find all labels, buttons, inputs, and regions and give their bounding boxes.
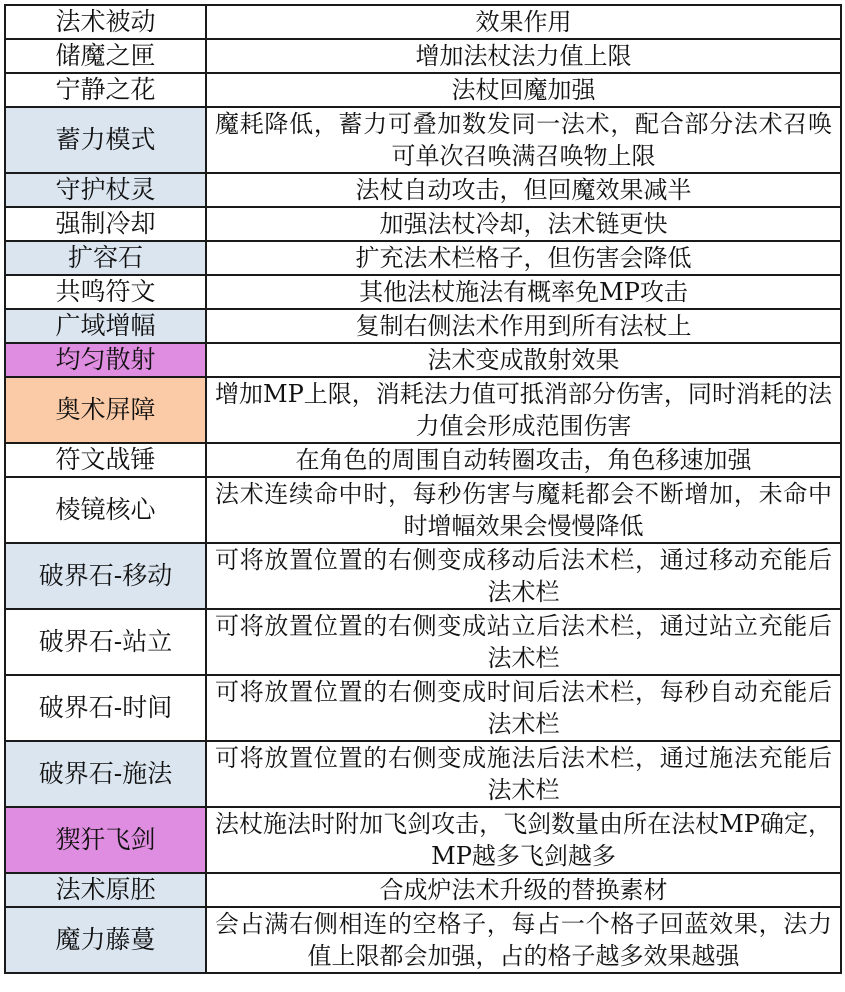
table-row: 强制冷却 加强法杖冷却，法术链更快 [5, 207, 841, 241]
spell-name-cell: 宁静之花 [5, 73, 206, 107]
spell-name-cell: 共鸣符文 [5, 275, 206, 309]
spell-name-cell: 破界石-施法 [5, 741, 206, 807]
table-row: 魔力藤蔓 会占满右侧相连的空格子，每占一个格子回蓝效果，法力值上限都会加强，占的… [5, 907, 841, 973]
spell-effect-cell: 魔耗降低，蓄力可叠加数发同一法术，配合部分法术召唤可单次召唤满召唤物上限 [206, 107, 841, 173]
spell-effect-cell: 法术变成散射效果 [206, 343, 841, 377]
passive-spells-table: 法术被动 效果作用 储魔之匣 增加法杖法力值上限 宁静之花 法杖回魔加强 蓄力模… [4, 4, 842, 974]
spell-name-cell: 破界石-站立 [5, 609, 206, 675]
table-row: 破界石-移动 可将放置位置的右侧变成移动后法术栏，通过移动充能后法术栏 [5, 543, 841, 609]
spell-name-cell: 蓄力模式 [5, 107, 206, 173]
spell-effect-cell: 法杖回魔加强 [206, 73, 841, 107]
table-row: 破界石-施法 可将放置位置的右侧变成施法后法术栏，通过施法充能后法术栏 [5, 741, 841, 807]
spell-name-cell: 猰犴飞剑 [5, 807, 206, 873]
spell-effect-cell: 合成炉法术升级的替换素材 [206, 873, 841, 907]
spell-name-cell: 破界石-时间 [5, 675, 206, 741]
spell-name-cell: 储魔之匣 [5, 39, 206, 73]
table-row: 广域增幅 复制右侧法术作用到所有法杖上 [5, 309, 841, 343]
table-row: 宁静之花 法杖回魔加强 [5, 73, 841, 107]
table-row: 蓄力模式 魔耗降低，蓄力可叠加数发同一法术，配合部分法术召唤可单次召唤满召唤物上… [5, 107, 841, 173]
spell-name-cell: 魔力藤蔓 [5, 907, 206, 973]
spell-name-cell: 扩容石 [5, 241, 206, 275]
table-row: 奥术屏障 增加MP上限，消耗法力值可抵消部分伤害，同时消耗的法力值会形成范围伤害 [5, 377, 841, 443]
table-row: 符文战锤 在角色的周围自动转圈攻击，角色移速加强 [5, 443, 841, 477]
table-row: 法术原胚 合成炉法术升级的替换素材 [5, 873, 841, 907]
spell-effect-cell: 加强法杖冷却，法术链更快 [206, 207, 841, 241]
table-row: 储魔之匣 增加法杖法力值上限 [5, 39, 841, 73]
spell-name-cell: 守护杖灵 [5, 173, 206, 207]
table-row: 猰犴飞剑 法杖施法时附加飞剑攻击，飞剑数量由所在法杖MP确定，MP越多飞剑越多 [5, 807, 841, 873]
spell-name-cell: 符文战锤 [5, 443, 206, 477]
spell-name-cell: 奥术屏障 [5, 377, 206, 443]
spell-name-cell: 法术原胚 [5, 873, 206, 907]
spell-effect-cell: 扩充法术栏格子，但伤害会降低 [206, 241, 841, 275]
spell-effect-cell: 法术连续命中时，每秒伤害与魔耗都会不断增加，未命中时增幅效果会慢慢降低 [206, 477, 841, 543]
table-row: 均匀散射 法术变成散射效果 [5, 343, 841, 377]
table-row: 扩容石 扩充法术栏格子，但伤害会降低 [5, 241, 841, 275]
table-row: 共鸣符文 其他法杖施法有概率免MP攻击 [5, 275, 841, 309]
spell-name-cell: 强制冷却 [5, 207, 206, 241]
spell-name-cell: 棱镜核心 [5, 477, 206, 543]
spell-effect-cell: 在角色的周围自动转圈攻击，角色移速加强 [206, 443, 841, 477]
spell-effect-cell: 可将放置位置的右侧变成站立后法术栏，通过站立充能后法术栏 [206, 609, 841, 675]
spell-effect-cell: 会占满右侧相连的空格子，每占一个格子回蓝效果，法力值上限都会加强，占的格子越多效… [206, 907, 841, 973]
spell-effect-cell: 法杖施法时附加飞剑攻击，飞剑数量由所在法杖MP确定，MP越多飞剑越多 [206, 807, 841, 873]
spell-effect-cell: 法杖自动攻击，但回魔效果减半 [206, 173, 841, 207]
spell-name-cell: 广域增幅 [5, 309, 206, 343]
spell-effect-cell: 复制右侧法术作用到所有法杖上 [206, 309, 841, 343]
table-header-row: 法术被动 效果作用 [5, 5, 841, 39]
table-row: 破界石-时间 可将放置位置的右侧变成时间后法术栏，每秒自动充能后法术栏 [5, 675, 841, 741]
spell-effect-cell: 其他法杖施法有概率免MP攻击 [206, 275, 841, 309]
header-name-cell: 法术被动 [5, 5, 206, 39]
spell-effect-cell: 增加法杖法力值上限 [206, 39, 841, 73]
table-row: 破界石-站立 可将放置位置的右侧变成站立后法术栏，通过站立充能后法术栏 [5, 609, 841, 675]
spell-effect-cell: 可将放置位置的右侧变成施法后法术栏，通过施法充能后法术栏 [206, 741, 841, 807]
spell-effect-cell: 可将放置位置的右侧变成移动后法术栏，通过移动充能后法术栏 [206, 543, 841, 609]
spell-effect-cell: 可将放置位置的右侧变成时间后法术栏，每秒自动充能后法术栏 [206, 675, 841, 741]
spell-name-cell: 均匀散射 [5, 343, 206, 377]
table-row: 棱镜核心 法术连续命中时，每秒伤害与魔耗都会不断增加，未命中时增幅效果会慢慢降低 [5, 477, 841, 543]
header-effect-cell: 效果作用 [206, 5, 841, 39]
spell-name-cell: 破界石-移动 [5, 543, 206, 609]
table-row: 守护杖灵 法杖自动攻击，但回魔效果减半 [5, 173, 841, 207]
spell-effect-cell: 增加MP上限，消耗法力值可抵消部分伤害，同时消耗的法力值会形成范围伤害 [206, 377, 841, 443]
